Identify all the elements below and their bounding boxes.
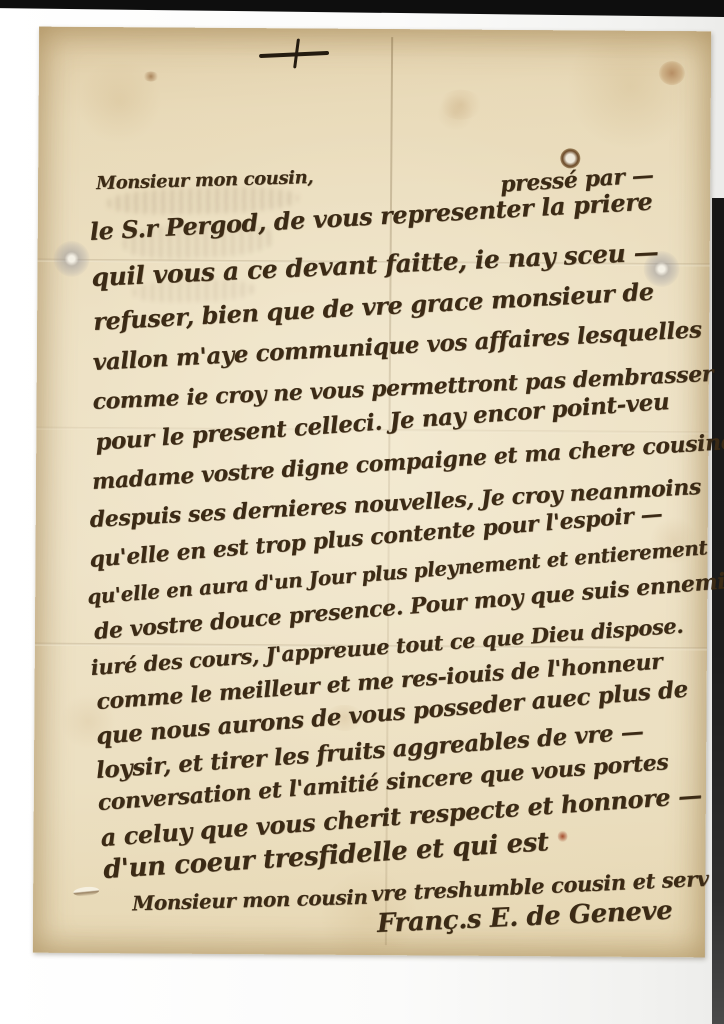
scanned-letter-image: Monsieur mon cousin, pressé par — le S.r… xyxy=(0,0,724,1024)
foxing-spot xyxy=(439,89,483,119)
pinhole xyxy=(53,241,89,277)
letter-page: Monsieur mon cousin, pressé par — le S.r… xyxy=(33,27,711,958)
paper-tear xyxy=(73,886,100,897)
letter-closing-address: Monsieur mon cousin xyxy=(132,885,368,916)
ink-stain xyxy=(143,71,159,81)
rust-spot xyxy=(558,830,568,842)
ink-stain xyxy=(659,61,685,85)
scanner-edge-right xyxy=(712,198,724,1024)
paper-hole xyxy=(560,148,580,168)
scanner-edge-top xyxy=(0,0,724,17)
